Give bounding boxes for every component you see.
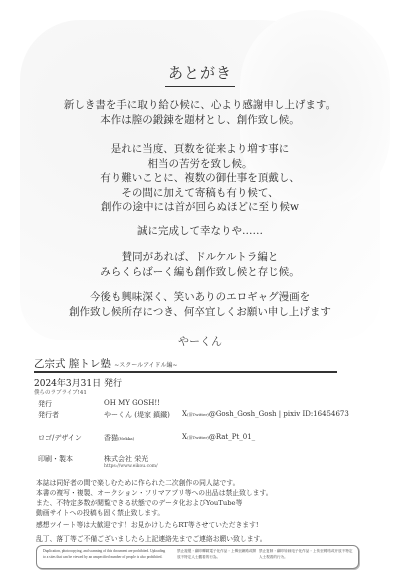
text-line: 創作致し候所存につき、何卒宜しくお願い申し上げます	[0, 305, 400, 320]
notice-line: 本書の複写・複製、オークション・フリマアプリ等への出品は禁止致します。	[36, 488, 273, 498]
text-line: 新しき書を手に取り給ひ候に、心より感謝申し上げます。	[0, 98, 400, 113]
text-line: 今後も興味深く、笑いありのエロギャグ漫画を	[0, 290, 400, 305]
text-line: 賛同があれば、ドルケルトラ編と	[0, 250, 400, 265]
book-title-main: 乙宗式 膣トレ塾	[34, 358, 111, 370]
text-line: その間に加えて寄稿も有り候て、	[0, 186, 400, 201]
text-line: 本作は膣の鍛錬を題材とし、創作致し候。	[0, 113, 400, 128]
event-name: 僕らのラブライブ!41	[34, 388, 87, 396]
designer-name: 香猫	[104, 434, 118, 442]
misprint-notice: 乱丁、落丁等ご不備ございましたら上記連絡先までご連絡お願い致します。	[36, 534, 267, 544]
issuer-handle: @Gosh_Gosh_Gosh | pixiv ID:16454673	[209, 410, 349, 418]
design-value: 香猫(Nekka)	[104, 433, 134, 443]
book-title: 乙宗式 膣トレ塾 ~スクールアイドル編~	[34, 356, 178, 371]
publisher-value: OH MY GOSH!!	[104, 399, 160, 407]
text-line: 是れに当度、頁数を従来より増す事に	[0, 142, 400, 157]
text-line: 誠に完成して幸なりや……	[0, 224, 400, 239]
designer-reading: (Nekka)	[118, 436, 134, 441]
text-line: 有り難いことに、複数の御仕事を頂戴し、	[0, 171, 400, 186]
text-line: 相当の苦労を致し候。	[0, 157, 400, 172]
x-former-twitter-note: (旧Twitter)	[187, 435, 209, 440]
copyright-warning-box: Duplication, photocopying, and scanning …	[36, 545, 359, 569]
thanks-notice: 感想ツイート等は大歓迎です！お見かけしたらRT等させていただきます!	[36, 520, 259, 530]
afterword-paragraph-5: 今後も興味深く、笑いありのエロギャグ漫画を 創作致し候所存につき、何卒宜しくお願…	[0, 290, 400, 319]
printer-value: 株式会社 栄光	[104, 454, 148, 464]
design-label: ロゴ/デザイン	[38, 433, 82, 443]
afterword-paragraph-4: 賛同があれば、ドルケルトラ編と みらくらばーく編も創作致し候と存じ候。	[0, 250, 400, 279]
printer-label: 印刷・製本	[38, 454, 73, 464]
afterword-paragraph-1: 新しき書を手に取り給ひ候に、心より感謝申し上げます。 本作は膣の鍛錬を題材とし、…	[0, 98, 400, 127]
issuer-label: 発行者	[38, 410, 59, 420]
issuer-contact: X(旧Twitter)@Gosh_Gosh_Gosh | pixiv ID:16…	[182, 410, 349, 418]
text-line: 創作の途中には首が回らぬほどに至り候w	[0, 200, 400, 215]
usage-notice: 本誌は同好者の間で楽しむために作られた二次創作の同人誌です。 本書の複写・複製、…	[36, 478, 273, 518]
x-former-twitter-note: (旧Twitter)	[187, 412, 209, 417]
printer-url[interactable]: https://www.eikou.com/	[104, 464, 158, 469]
warning-english: Duplication, photocopying, and scanning …	[43, 549, 167, 560]
afterword-paragraph-2: 是れに当度、頁数を従来より増す事に 相当の苦労を致し候。 有り難いことに、複数の…	[0, 142, 400, 215]
afterword-paragraph-3: 誠に完成して幸なりや……	[0, 224, 400, 239]
issuer-value: やーくん (堤家 鎮鐵)	[104, 410, 170, 420]
warning-simplified-chinese: 禁止复制・翻印转载电子化作品・上传至网络或开放不特定人士观看的行为。	[259, 549, 354, 560]
divider	[34, 371, 337, 373]
text-line: みらくらばーく編も創作致し候と存じ候。	[0, 265, 400, 280]
book-subtitle: ~スクールアイドル編~	[114, 362, 177, 369]
publisher-label: 発行	[38, 399, 52, 409]
notice-line: 動画サイトへの投稿も固く禁止致します。	[36, 508, 273, 518]
afterword-title: あとがき	[165, 62, 235, 87]
notice-line: 本誌は同好者の間で楽しむために作られた二次創作の同人誌です。	[36, 478, 273, 488]
warning-traditional-chinese: 禁止複製・翻印轉載電子化作品・上傳至網路或開放不特定人士觀看的行為。	[177, 549, 257, 560]
notice-line: また、不特定多数が閲覧できる状態でのデータ化およびYouTube等	[36, 498, 273, 508]
author-signature: やーくん	[0, 333, 400, 349]
design-contact: X(旧Twitter)@Rat_Pt_01_	[182, 433, 255, 441]
designer-handle: @Rat_Pt_01_	[209, 433, 255, 441]
